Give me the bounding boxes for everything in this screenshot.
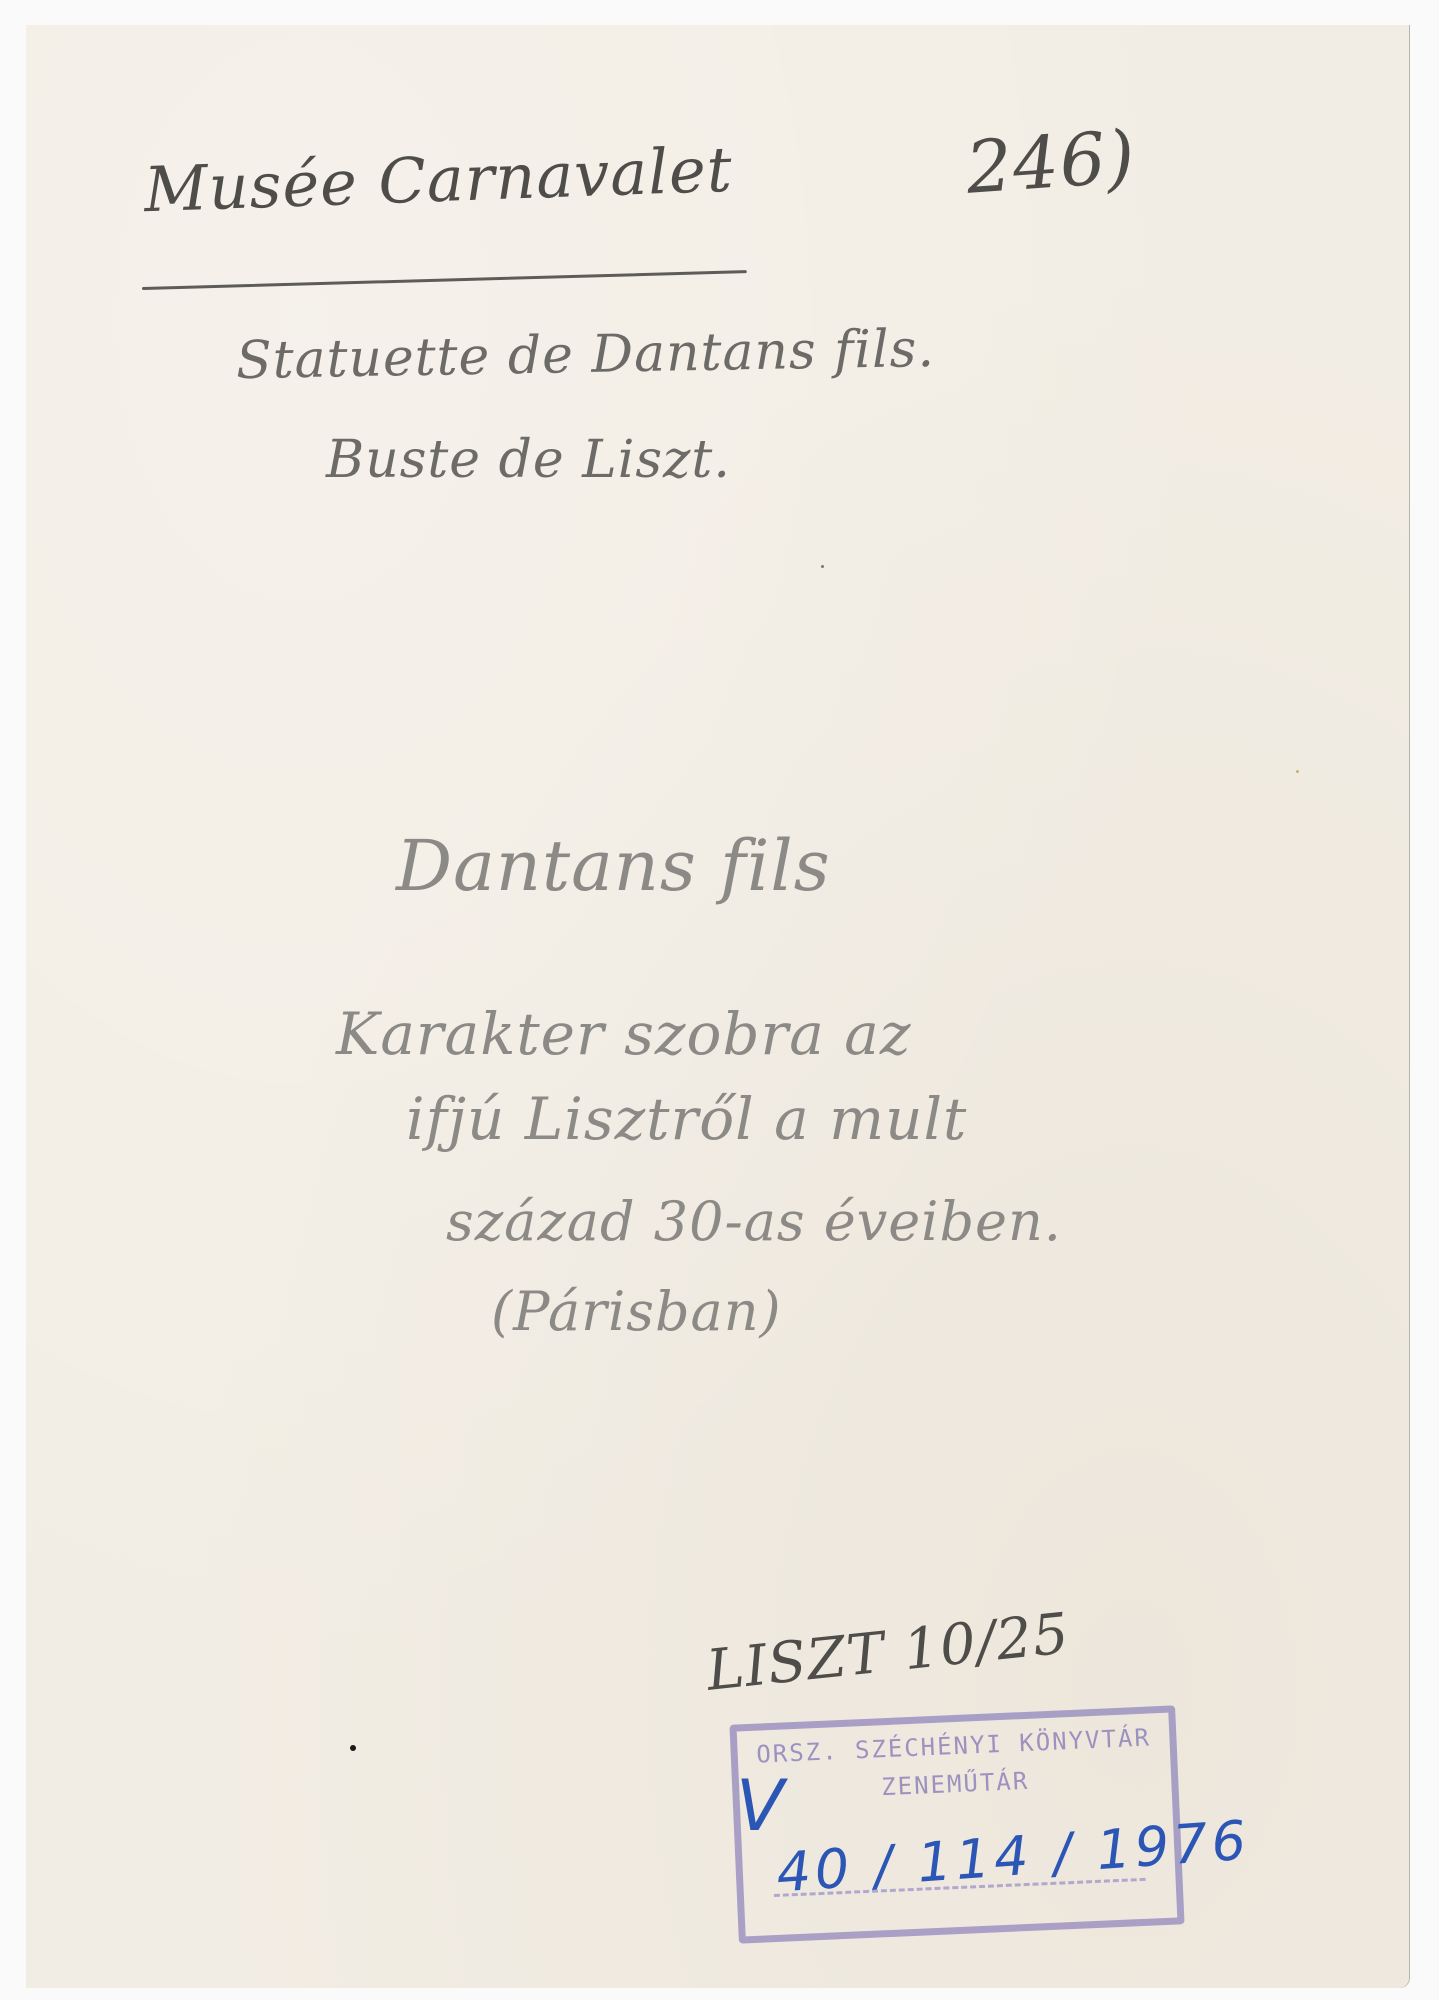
museum-title: Musée Carnavalet	[143, 133, 734, 227]
caption-line-1: Statuette de Dantans fils.	[236, 319, 936, 391]
note-line-2: Karakter szobra az	[336, 1000, 911, 1068]
caption-line-2: Buste de Liszt.	[326, 430, 731, 490]
ink-dot	[350, 1745, 356, 1751]
stamp-department: ZENEMŰTÁR	[739, 1761, 1172, 1808]
item-number: 246)	[963, 114, 1138, 210]
title-underline	[142, 270, 747, 290]
note-line-4: század 30-as éveiben.	[446, 1190, 1062, 1253]
check-mark: V	[736, 1765, 784, 1847]
note-line-1: Dantans fils	[396, 825, 831, 907]
speck	[1296, 770, 1299, 773]
speck	[821, 565, 824, 568]
document-page: Musée Carnavalet 246) Statuette de Danta…	[26, 25, 1410, 1988]
note-line-5: (Párisban)	[491, 1280, 782, 1343]
shelfmark: LISZT 10/25	[704, 1601, 1073, 1704]
note-line-3: ifjú Lisztről a mult	[406, 1085, 967, 1153]
